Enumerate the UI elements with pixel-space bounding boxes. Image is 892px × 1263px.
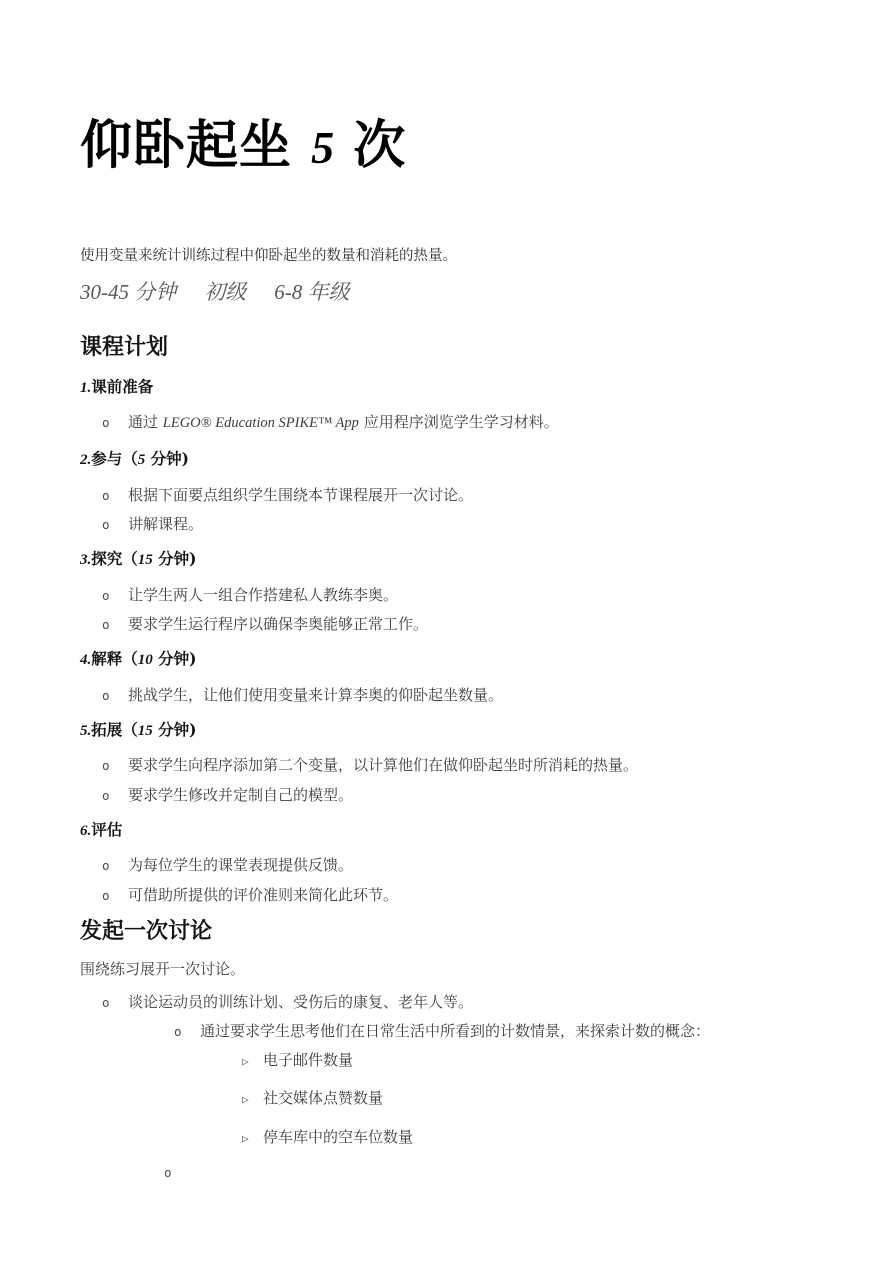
- list-item-text: 要求学生修改并定制自己的模型。: [128, 785, 822, 805]
- step-6-heading: 6.评估: [80, 820, 822, 842]
- list-item-text: 要求学生向程序添加第二个变量，以计算他们在做仰卧起坐时所消耗的热量。: [128, 755, 822, 775]
- product-name-run: LEGO® Education SPIKE™ App: [163, 415, 359, 431]
- bullet-marker-icon: o: [164, 1165, 172, 1182]
- list-item: ▷电子邮件数量: [242, 1050, 822, 1070]
- document-content: 仰卧起坐 5 次 使用变量来统计训练过程中仰卧起坐的数量和消耗的热量。 30-4…: [0, 0, 892, 1182]
- triangle-marker-icon: ▷: [242, 1055, 263, 1070]
- title-suffix: 次: [334, 115, 406, 176]
- list-item: o谈论运动员的训练计划、受伤后的康复、老年人等。: [102, 992, 822, 1012]
- list-item-text: 通过要求学生思考他们在日常生活中所看到的计数情景，来探索计数的概念：: [200, 1021, 822, 1041]
- list-item-text: 根据下面要点组织学生围绕本节课程展开一次讨论。: [128, 485, 822, 505]
- list-item-text: 让学生两人一组合作搭建私人教练李奥。: [128, 585, 822, 605]
- bullet-marker-icon: o: [102, 688, 128, 705]
- step-number: 2.: [80, 452, 91, 468]
- step-number: 4.: [80, 652, 91, 668]
- list-item: ▷社交媒体点赞数量: [242, 1088, 822, 1108]
- bullet-marker-icon: o: [102, 415, 128, 432]
- bullet-marker-icon: o: [102, 758, 128, 775]
- title-text: 仰卧起坐: [80, 115, 311, 176]
- step-time: 15: [138, 723, 153, 739]
- step-number: 6.: [80, 823, 91, 839]
- bullet-marker-icon: o: [102, 858, 128, 875]
- step-time: 15: [138, 552, 153, 568]
- list-item: o可借助所提供的评价准则来简化此环节。: [102, 885, 822, 905]
- bullet-marker-icon: o: [102, 995, 128, 1012]
- list-item: o通过要求学生思考他们在日常生活中所看到的计数情景，来探索计数的概念：: [174, 1021, 822, 1041]
- list-item: o讲解课程。: [102, 514, 822, 534]
- page-title: 仰卧起坐 5 次: [80, 116, 822, 176]
- triangle-marker-icon: ▷: [242, 1132, 263, 1147]
- bullet-marker-icon: o: [102, 888, 128, 905]
- step-time: 10: [138, 652, 153, 668]
- step-2-heading: 2.参与（5 分钟): [80, 449, 822, 471]
- bullet-marker-icon: o: [102, 788, 128, 805]
- plan-heading: 课程计划: [80, 333, 822, 362]
- step-time-unit: 分钟): [153, 649, 197, 668]
- list-item-text: 社交媒体点赞数量: [263, 1088, 822, 1108]
- list-item-text: 可借助所提供的评价准则来简化此环节。: [128, 885, 822, 905]
- list-item: o让学生两人一组合作搭建私人教练李奥。: [102, 585, 822, 605]
- step-name: 课前准备: [91, 377, 153, 396]
- list-item-text: 通过 LEGO® Education SPIKE™ App 应用程序浏览学生学习…: [128, 412, 822, 434]
- list-item: o为每位学生的课堂表现提供反馈。: [102, 855, 822, 875]
- step-time-unit: 分钟): [145, 449, 189, 468]
- list-item: o要求学生运行程序以确保李奥能够正常工作。: [102, 614, 822, 634]
- list-item: o挑战学生，让他们使用变量来计算李奥的仰卧起坐数量。: [102, 685, 822, 705]
- bullet-marker-icon: o: [102, 517, 128, 534]
- list-item-text: 要求学生运行程序以确保李奥能够正常工作。: [128, 614, 822, 634]
- grade-value: 6-8: [274, 280, 302, 304]
- list-item-text: 为每位学生的课堂表现提供反馈。: [128, 855, 822, 875]
- list-item-text: 停车库中的空车位数量: [263, 1127, 822, 1147]
- list-item: ▷停车库中的空车位数量: [242, 1127, 822, 1147]
- step-time-unit: 分钟): [153, 549, 197, 568]
- bullet-marker-icon: o: [102, 588, 128, 605]
- discussion-intro: 围绕练习展开一次讨论。: [80, 959, 822, 979]
- step-number: 5.: [80, 723, 91, 739]
- step-1-heading: 1.课前准备: [80, 377, 822, 399]
- bullet-marker-icon: o: [174, 1024, 200, 1041]
- duration-unit: 分钟: [129, 280, 176, 304]
- document-page: 仰卧起坐 5 次 使用变量来统计训练过程中仰卧起坐的数量和消耗的热量。 30-4…: [0, 0, 892, 1263]
- text-run: 应用程序浏览学生学习材料。: [359, 413, 559, 431]
- level-label: 初级: [204, 280, 246, 304]
- step-time-unit: 分钟): [153, 720, 197, 739]
- list-item-text: 讲解课程。: [128, 514, 822, 534]
- list-item: o要求学生向程序添加第二个变量，以计算他们在做仰卧起坐时所消耗的热量。: [102, 755, 822, 775]
- title-number: 5: [311, 122, 334, 173]
- lesson-summary: 使用变量来统计训练过程中仰卧起坐的数量和消耗的热量。: [80, 246, 822, 266]
- bullet-marker-icon: o: [102, 617, 128, 634]
- bullet-marker-icon: o: [102, 488, 128, 505]
- step-3-heading: 3.探究（15 分钟): [80, 549, 822, 571]
- grade-unit: 年级: [302, 280, 349, 304]
- duration-value: 30-45: [80, 280, 129, 304]
- list-item-text: 挑战学生，让他们使用变量来计算李奥的仰卧起坐数量。: [128, 685, 822, 705]
- step-5-heading: 5.拓展（15 分钟): [80, 720, 822, 742]
- lesson-meta: 30-45 分钟初级6-8 年级: [80, 279, 822, 306]
- step-number: 3.: [80, 552, 91, 568]
- step-number: 1.: [80, 380, 91, 396]
- list-item-text: 谈论运动员的训练计划、受伤后的康复、老年人等。: [128, 992, 822, 1012]
- list-item-text: 电子邮件数量: [263, 1050, 822, 1070]
- step-name: 解释（: [91, 649, 138, 668]
- step-name: 探究（: [91, 549, 138, 568]
- step-4-heading: 4.解释（10 分钟): [80, 649, 822, 671]
- empty-list-item: o: [164, 1165, 822, 1182]
- text-run: 通过: [128, 413, 163, 431]
- list-item: o要求学生修改并定制自己的模型。: [102, 785, 822, 805]
- discussion-heading: 发起一次讨论: [80, 917, 822, 946]
- step-name: 评估: [91, 820, 122, 839]
- step-name: 拓展（: [91, 720, 138, 739]
- triangle-marker-icon: ▷: [242, 1093, 263, 1108]
- step-name: 参与（: [91, 449, 138, 468]
- list-item: o根据下面要点组织学生围绕本节课程展开一次讨论。: [102, 485, 822, 505]
- list-item: o通过 LEGO® Education SPIKE™ App 应用程序浏览学生学…: [102, 412, 822, 434]
